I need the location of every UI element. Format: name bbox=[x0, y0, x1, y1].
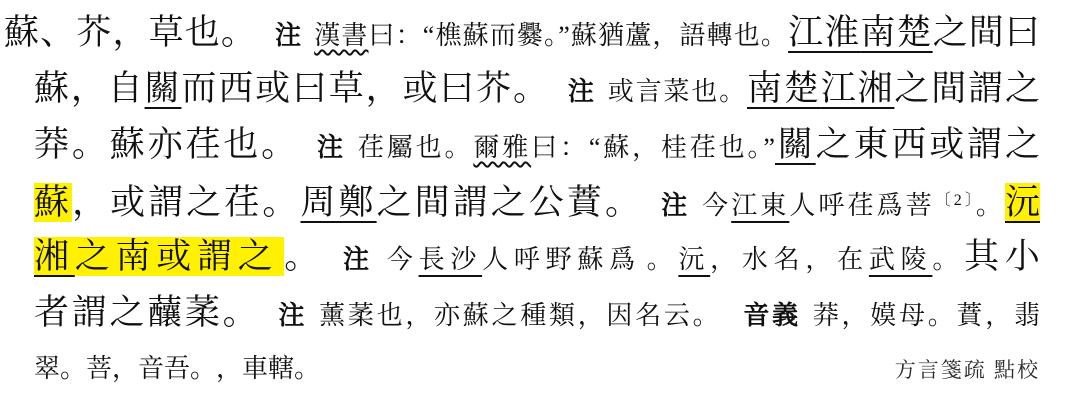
commentary-text: 曰：“樵蘇而爨。”蘇猶蘆，語轉也。 bbox=[368, 21, 788, 50]
text-line-7: 翠。菩，音吾。𦵮，車轄。方言箋疏 點校 bbox=[4, 341, 1040, 397]
source-text: 者謂之䖆葇。 bbox=[34, 293, 260, 332]
text-line-6: 者謂之䖆葇。注薰葇也，亦蘇之種類，因名云。音義莽，嫫母。蕡，翡 bbox=[4, 285, 1040, 341]
source-text: 之東西或謂之 bbox=[816, 125, 1040, 164]
commentary-text: 曰：“蘇，桂荏也。” bbox=[531, 133, 775, 162]
book-title: 漢書 bbox=[314, 21, 368, 50]
proper-noun: 周鄭 bbox=[300, 183, 376, 222]
proper-noun: 南楚 bbox=[860, 13, 932, 52]
proper-noun: 江湘 bbox=[821, 69, 895, 108]
source-text: 。 bbox=[284, 237, 325, 276]
commentary-label: 注 bbox=[299, 133, 358, 162]
highlighted-text: 蘇 bbox=[34, 183, 72, 222]
phonetic-gloss-label: 音義 bbox=[721, 301, 812, 330]
highlighted-proper-noun: 湘 bbox=[34, 237, 75, 276]
text-line-3: 莽。蘇亦荏也。注荏屬也。爾雅曰：“蘇，桂荏也。”關之東西或謂之 bbox=[4, 117, 1040, 173]
text-line-2: 蘇，自關而西或曰草，或曰芥。注或言菜也。南楚江湘之間謂之 bbox=[4, 61, 1040, 117]
commentary-text: 今 bbox=[387, 245, 419, 274]
commentary-text: 薰葇也，亦蘇之種類，因名云。 bbox=[319, 301, 721, 330]
text-line-4: 蘇，或謂之荏。周鄭之間謂之公蕡。注今江東人呼荏爲菩〔2〕。沅 bbox=[4, 173, 1040, 229]
source-text: 而西或曰草，或曰芥。 bbox=[181, 69, 549, 108]
source-text: 蘇，自 bbox=[34, 69, 145, 108]
footnote-marker: 〔2〕 bbox=[935, 192, 976, 209]
source-text: 莽。蘇亦荏也。 bbox=[34, 125, 299, 164]
phonetic-gloss-text: 莽，嫫母。蕡，翡 bbox=[813, 301, 1040, 330]
text-line-5: 湘之南或謂之𦵮。注今長沙人呼野蘇爲𦵮。沅，水名，在武陵。其小 bbox=[4, 229, 1040, 285]
commentary-label: 注 bbox=[550, 77, 608, 106]
commentary-text: 人呼荏爲菩 bbox=[789, 191, 934, 220]
highlighted-text: 之南或謂之𦵮 bbox=[75, 237, 285, 276]
source-text: 其小 bbox=[964, 237, 1040, 276]
text-line-1: 蘇、芥，草也。注漢書曰：“樵蘇而爨。”蘇猶蘆，語轉也。江淮南楚之間曰 bbox=[4, 5, 1040, 61]
source-text: 之間謂之公蕡。 bbox=[377, 183, 643, 222]
source-text: ，或謂之荏。 bbox=[72, 183, 300, 222]
proper-noun: 江東 bbox=[731, 191, 789, 220]
source-text: 蘇、芥，草也。 bbox=[4, 13, 257, 52]
colophon: 方言箋疏 點校 bbox=[895, 342, 1040, 397]
source-text: 之間曰 bbox=[933, 13, 1040, 52]
commentary-label: 注 bbox=[643, 191, 702, 220]
document-page: 蘇、芥，草也。注漢書曰：“樵蘇而爨。”蘇猶蘆，語轉也。江淮南楚之間曰 蘇，自關而… bbox=[0, 0, 1066, 400]
book-title: 爾雅 bbox=[473, 133, 531, 162]
phonetic-gloss-text: 翠。菩，音吾。𦵮，車轄。 bbox=[34, 341, 320, 397]
proper-noun: 沅 bbox=[678, 245, 710, 274]
proper-noun: 南楚 bbox=[747, 69, 821, 108]
source-text: 之間謂之 bbox=[894, 69, 1040, 108]
commentary-text: 。 bbox=[976, 191, 1005, 220]
commentary-text: 或言菜也。 bbox=[608, 77, 747, 106]
highlighted-proper-noun: 沅 bbox=[1005, 183, 1040, 222]
commentary-label: 注 bbox=[260, 301, 319, 330]
proper-noun: 長沙 bbox=[419, 245, 483, 274]
commentary-label: 注 bbox=[257, 21, 314, 50]
proper-noun: 關 bbox=[145, 69, 182, 108]
commentary-text: ，水名，在 bbox=[710, 245, 869, 274]
commentary-text: 人呼野蘇爲𦵮。 bbox=[482, 245, 678, 274]
commentary-text: 。 bbox=[932, 245, 964, 274]
proper-noun: 江淮 bbox=[788, 13, 860, 52]
commentary-label: 注 bbox=[325, 245, 387, 274]
commentary-text: 今 bbox=[702, 191, 731, 220]
proper-noun: 關 bbox=[775, 125, 816, 164]
commentary-text: 荏屬也。 bbox=[358, 133, 473, 162]
proper-noun: 武陵 bbox=[869, 245, 933, 274]
